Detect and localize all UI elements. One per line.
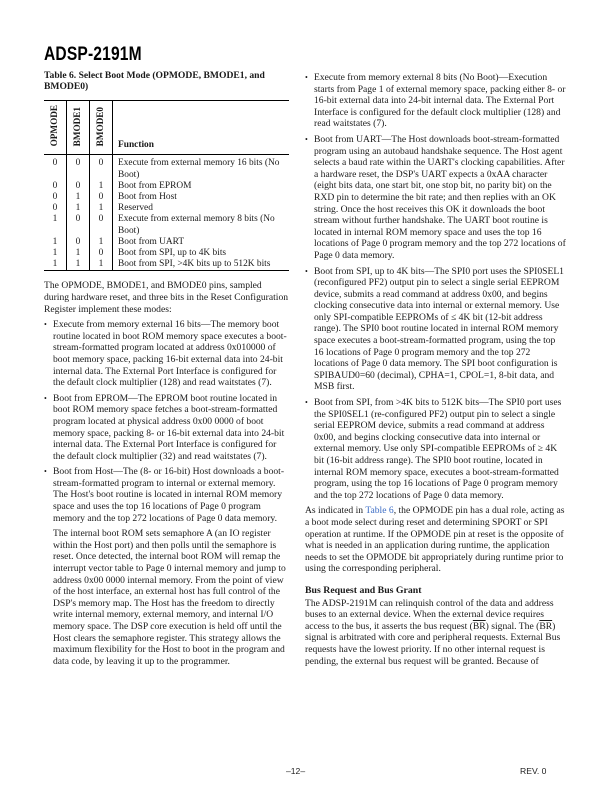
document-title: ADSP-2191M xyxy=(44,44,142,66)
cell-bmode1: 0 xyxy=(67,237,90,248)
cell-opmode: 0 xyxy=(44,155,67,181)
table-row: 1 0 0 Execute from external memory 8 bit… xyxy=(44,214,289,236)
text-span: ) signal. The ( xyxy=(486,621,540,632)
page-number: –12– xyxy=(286,766,305,776)
cell-bmode1: 0 xyxy=(67,214,90,236)
opmode-paragraph: As indicated in Table 6, the OPMODE pin … xyxy=(305,505,567,575)
cell-function: Boot from SPI, up to 4K bits xyxy=(113,248,290,259)
boot-mode-table: OPMODE BMODE1 BMODE0 Function 0 0 0 Exec… xyxy=(44,100,289,272)
section-heading-bus-request: Bus Request and Bus Grant xyxy=(305,585,567,597)
table-row: 1 1 1 Boot from SPI, >4K bits up to 512K… xyxy=(44,259,289,271)
cell-bmode0: 1 xyxy=(90,203,113,214)
br-signal: BR xyxy=(473,621,486,632)
cell-function: Execute from external memory 16 bits (No… xyxy=(113,155,290,181)
cell-bmode1: 1 xyxy=(67,203,90,214)
cell-bmode1: 1 xyxy=(67,259,90,271)
cell-bmode0: 0 xyxy=(90,192,113,203)
text-span: As indicated in xyxy=(305,505,365,516)
cell-bmode1: 1 xyxy=(67,248,90,259)
table-row: 0 0 0 Execute from external memory 16 bi… xyxy=(44,155,289,181)
cell-function: Boot from EPROM xyxy=(113,181,290,192)
cell-opmode: 1 xyxy=(44,248,67,259)
cell-bmode0: 0 xyxy=(90,214,113,236)
boot-mode-list-right: Execute from memory external 8 bits (No … xyxy=(305,72,567,501)
cell-opmode: 0 xyxy=(44,181,67,192)
cell-function: Boot from SPI, >4K bits up to 512K bits xyxy=(113,259,290,271)
table-row: 0 1 0 Boot from Host xyxy=(44,192,289,203)
cell-opmode: 1 xyxy=(44,259,67,271)
revision-label: REV. 0 xyxy=(520,766,546,776)
cell-bmode0: 0 xyxy=(90,155,113,181)
table-row: 1 1 0 Boot from SPI, up to 4K bits xyxy=(44,248,289,259)
cell-function: Boot from Host xyxy=(113,192,290,203)
cell-opmode: 0 xyxy=(44,203,67,214)
cell-opmode: 1 xyxy=(44,237,67,248)
column-header-function: Function xyxy=(113,100,290,155)
cell-bmode0: 1 xyxy=(90,259,113,271)
left-column: Table 6. Select Boot Mode (OPMODE, BMODE… xyxy=(44,70,289,667)
boot-mode-list-left: Execute from memory external 16 bits—The… xyxy=(44,319,289,524)
cell-opmode: 1 xyxy=(44,214,67,236)
br-signal: BR xyxy=(539,621,552,632)
right-column: Execute from memory external 8 bits (No … xyxy=(305,72,567,667)
list-item: Boot from UART—The Host downloads boot-s… xyxy=(305,134,567,262)
list-item: Execute from memory external 16 bits—The… xyxy=(44,319,289,389)
cell-bmode0: 1 xyxy=(90,181,113,192)
table-row: 0 1 1 Reserved xyxy=(44,203,289,214)
cell-function: Execute from external memory 8 bits (No … xyxy=(113,214,290,236)
column-header-opmode: OPMODE xyxy=(44,100,67,155)
column-header-bmode1: BMODE1 xyxy=(67,100,90,155)
list-item: Boot from EPROM—The EPROM boot routine l… xyxy=(44,393,289,463)
bus-request-paragraph: The ADSP-2191M can relinquish control of… xyxy=(305,598,567,668)
cell-bmode1: 0 xyxy=(67,155,90,181)
table-row: 0 0 1 Boot from EPROM xyxy=(44,181,289,192)
host-boot-paragraph: The internal boot ROM sets semaphore A (… xyxy=(44,528,289,667)
table-6-link[interactable]: Table 6 xyxy=(365,505,393,516)
list-item: Boot from SPI, up to 4K bits—The SPI0 po… xyxy=(305,266,567,394)
list-item: Boot from Host—The (8- or 16-bit) Host d… xyxy=(44,466,289,524)
cell-bmode0: 1 xyxy=(90,237,113,248)
cell-bmode1: 0 xyxy=(67,181,90,192)
cell-bmode1: 1 xyxy=(67,192,90,203)
list-item: Boot from SPI, from >4K bits to 512K bit… xyxy=(305,397,567,501)
list-item: Execute from memory external 8 bits (No … xyxy=(305,72,567,130)
column-header-bmode0: BMODE0 xyxy=(90,100,113,155)
cell-bmode0: 0 xyxy=(90,248,113,259)
table-caption: Table 6. Select Boot Mode (OPMODE, BMODE… xyxy=(44,70,289,93)
table-row: 1 0 1 Boot from UART xyxy=(44,237,289,248)
cell-opmode: 0 xyxy=(44,192,67,203)
cell-function: Boot from UART xyxy=(113,237,290,248)
table-header-row: OPMODE BMODE1 BMODE0 Function xyxy=(44,100,289,155)
cell-function: Reserved xyxy=(113,203,290,214)
intro-paragraph: The OPMODE, BMODE1, and BMODE0 pins, sam… xyxy=(44,280,289,315)
